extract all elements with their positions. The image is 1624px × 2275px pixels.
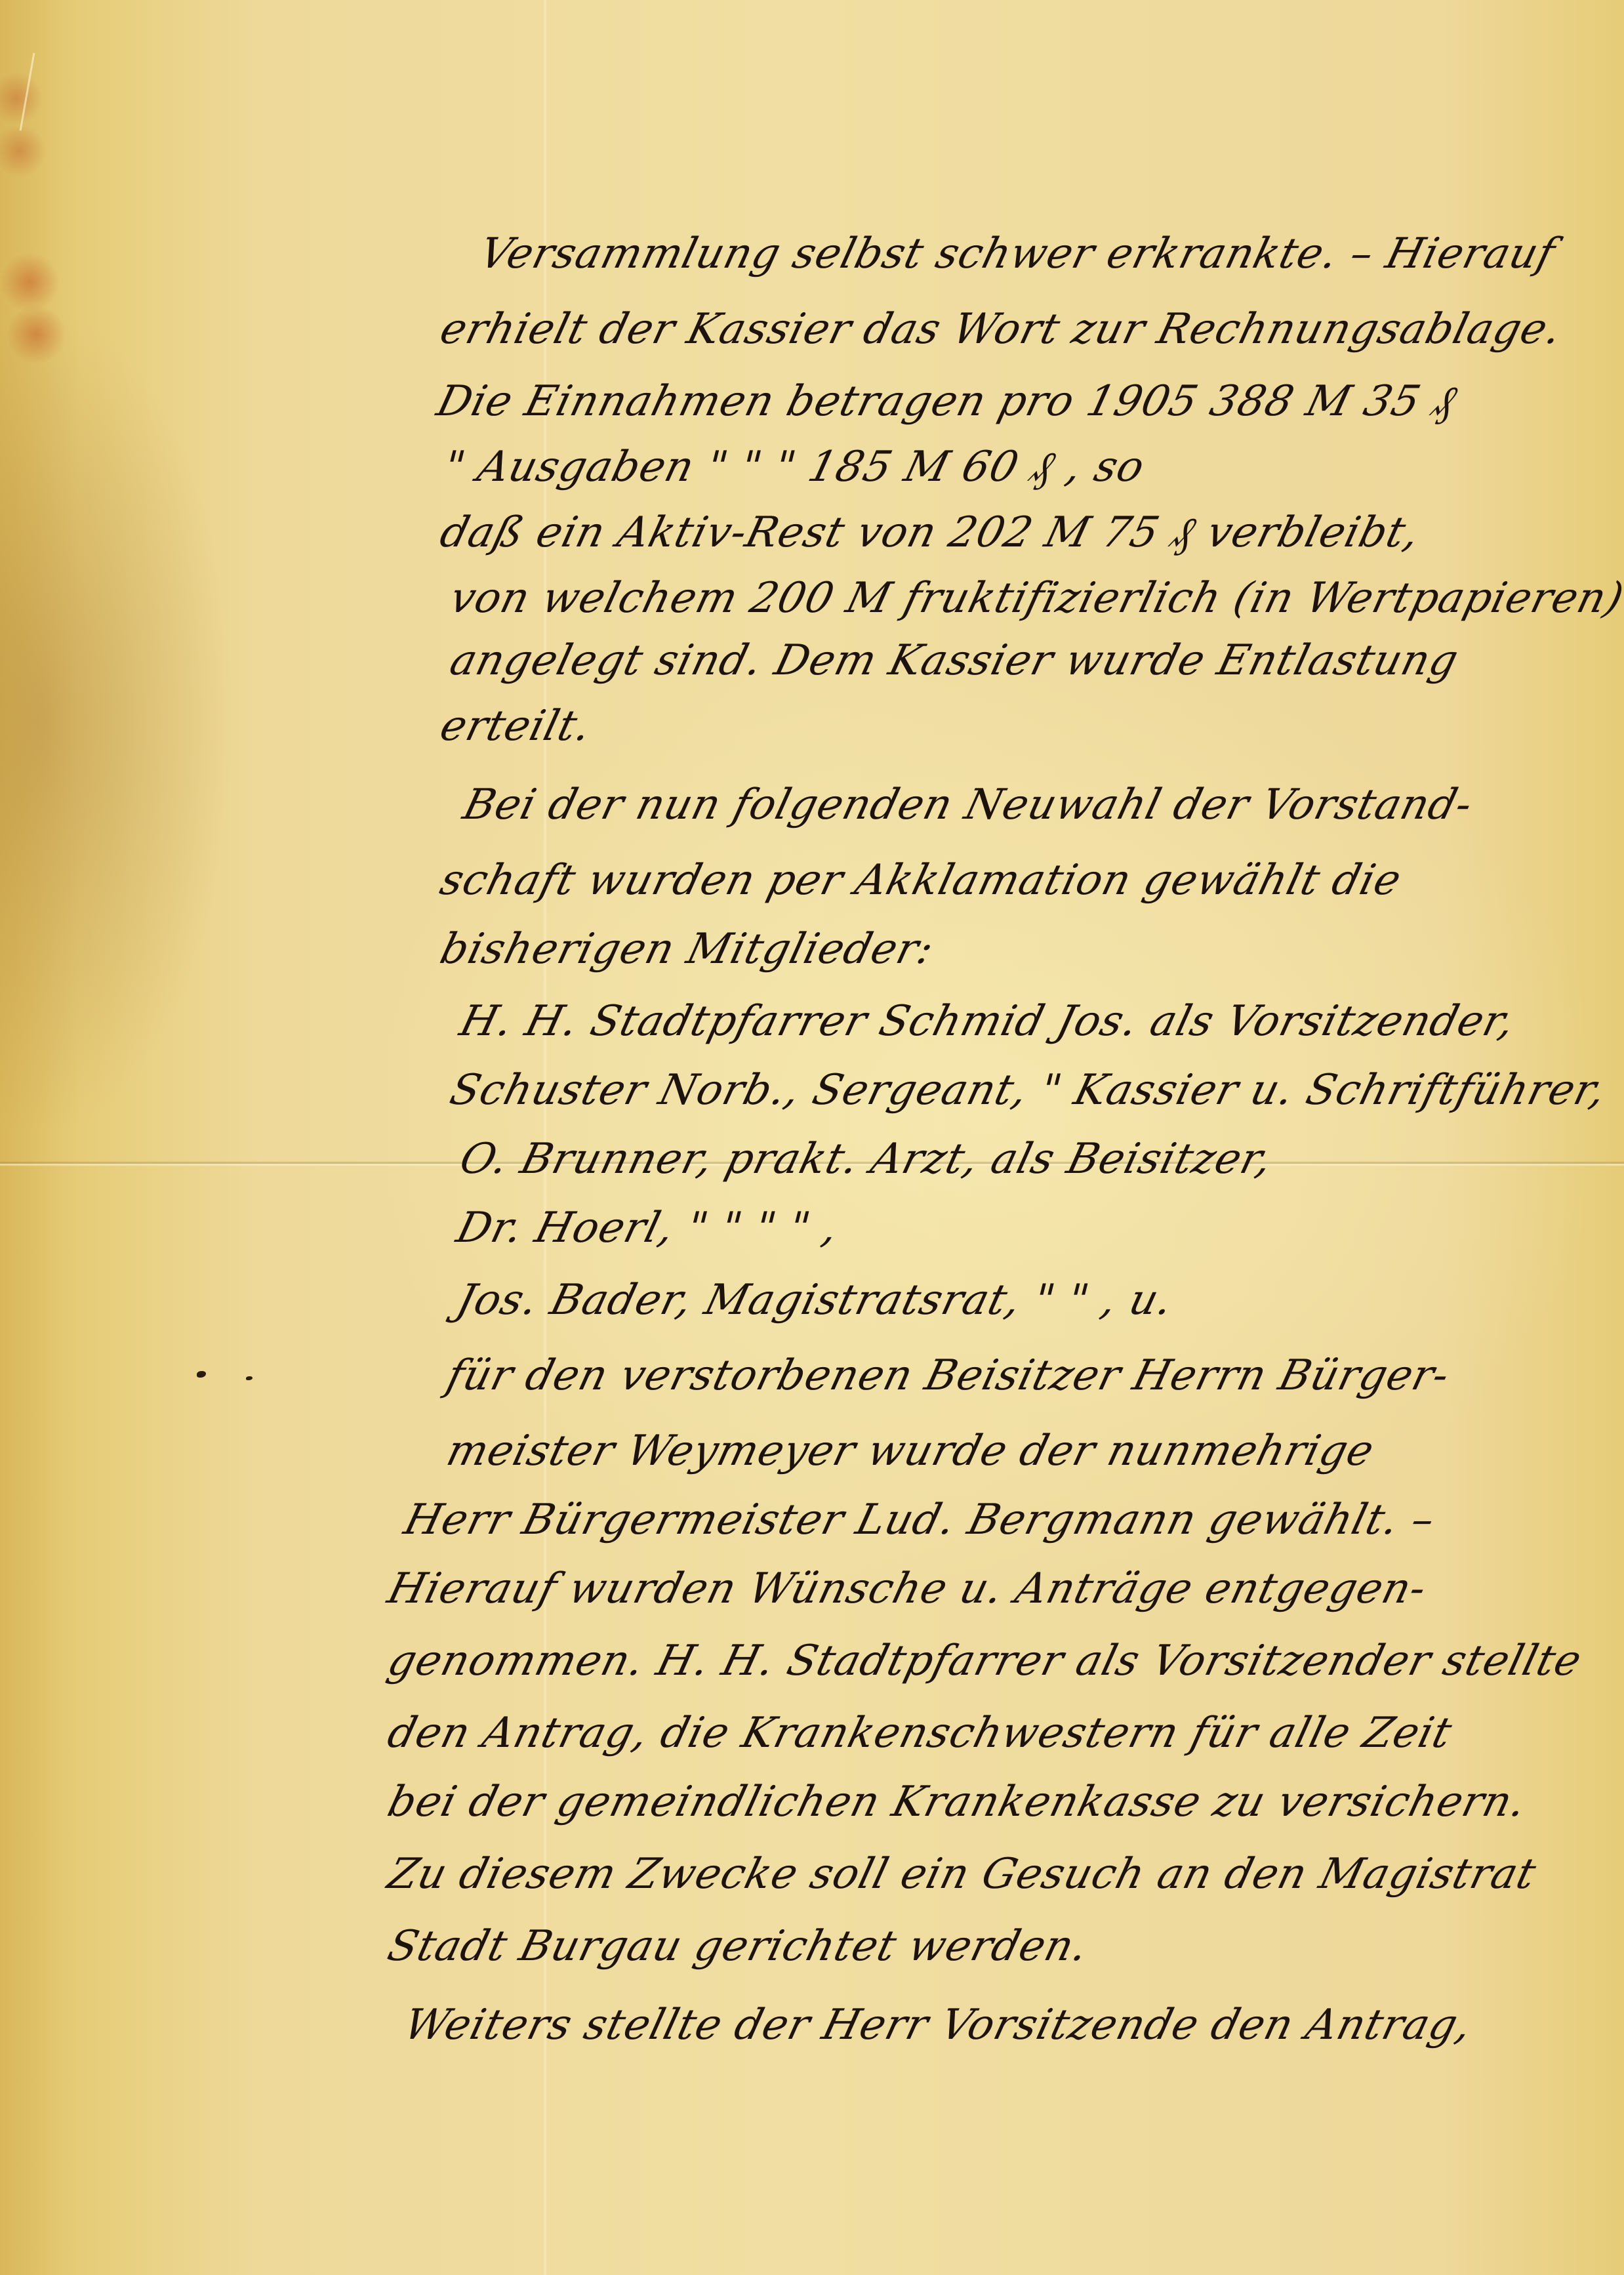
text-line: genommen. H. H. Stadtpfarrer als Vorsitz… xyxy=(384,1640,1586,1682)
aged-paper-sheet: Versammlung selbst schwer erkrankte. – H… xyxy=(0,0,1624,2275)
text-line: den Antrag, die Krankenschwestern für al… xyxy=(384,1712,1456,1754)
text-line: Die Einnahmen betragen pro 1905 388 M 35… xyxy=(433,380,1461,422)
text-line: Herr Bürgermeister Lud. Bergmann gewählt… xyxy=(400,1499,1439,1541)
edge-crease xyxy=(20,53,35,131)
text-line: Schuster Norb., Sergeant, " Kassier u. S… xyxy=(446,1069,1610,1111)
text-line: bei der gemeindlichen Krankenkasse zu ve… xyxy=(384,1781,1531,1823)
text-line: Bei der nun folgenden Neuwahl der Vorsta… xyxy=(459,784,1476,826)
text-line: " Ausgaben " " " 185 M 60 ₰ , so xyxy=(439,446,1148,488)
text-line: angelegt sind. Dem Kassier wurde Entlast… xyxy=(446,640,1463,682)
text-line: Jos. Bader, Magistratsrat, " " , u. xyxy=(453,1279,1177,1321)
text-line: Stadt Burgau gerichtet werden. xyxy=(384,1925,1093,1967)
text-line: Zu diesem Zwecke soll ein Gesuch an den … xyxy=(384,1853,1540,1895)
ink-blot xyxy=(197,1371,206,1378)
text-line: von welchem 200 M fruktifizierlich (in W… xyxy=(446,577,1624,619)
text-line: Weiters stellte der Herr Vorsitzende den… xyxy=(400,2004,1476,2046)
text-line: Dr. Hoerl, " " " " , xyxy=(453,1207,843,1249)
text-line: Hierauf wurden Wünsche u. Anträge entgeg… xyxy=(384,1568,1431,1610)
text-line: H. H. Stadtpfarrer Schmid Jos. als Vorsi… xyxy=(456,1000,1519,1042)
text-line: Versammlung selbst schwer erkrankte. – H… xyxy=(476,233,1559,275)
text-line: O. Brunner, prakt. Arzt, als Beisitzer, xyxy=(456,1138,1276,1180)
text-line: daß ein Aktiv-Rest von 202 M 75 ₰ verble… xyxy=(436,512,1424,554)
text-line: bisherigen Mitglieder: xyxy=(436,928,938,970)
text-line: schaft wurden per Akklamation gewählt di… xyxy=(436,859,1406,901)
text-line: erhielt der Kassier das Wort zur Rechnun… xyxy=(436,308,1566,350)
text-line: meister Weymeyer wurde der nunmehrige xyxy=(443,1430,1378,1472)
text-line: für den verstorbenen Beisitzer Herrn Bür… xyxy=(443,1355,1453,1397)
text-line: erteilt. xyxy=(436,705,596,747)
ink-blot xyxy=(246,1376,253,1380)
